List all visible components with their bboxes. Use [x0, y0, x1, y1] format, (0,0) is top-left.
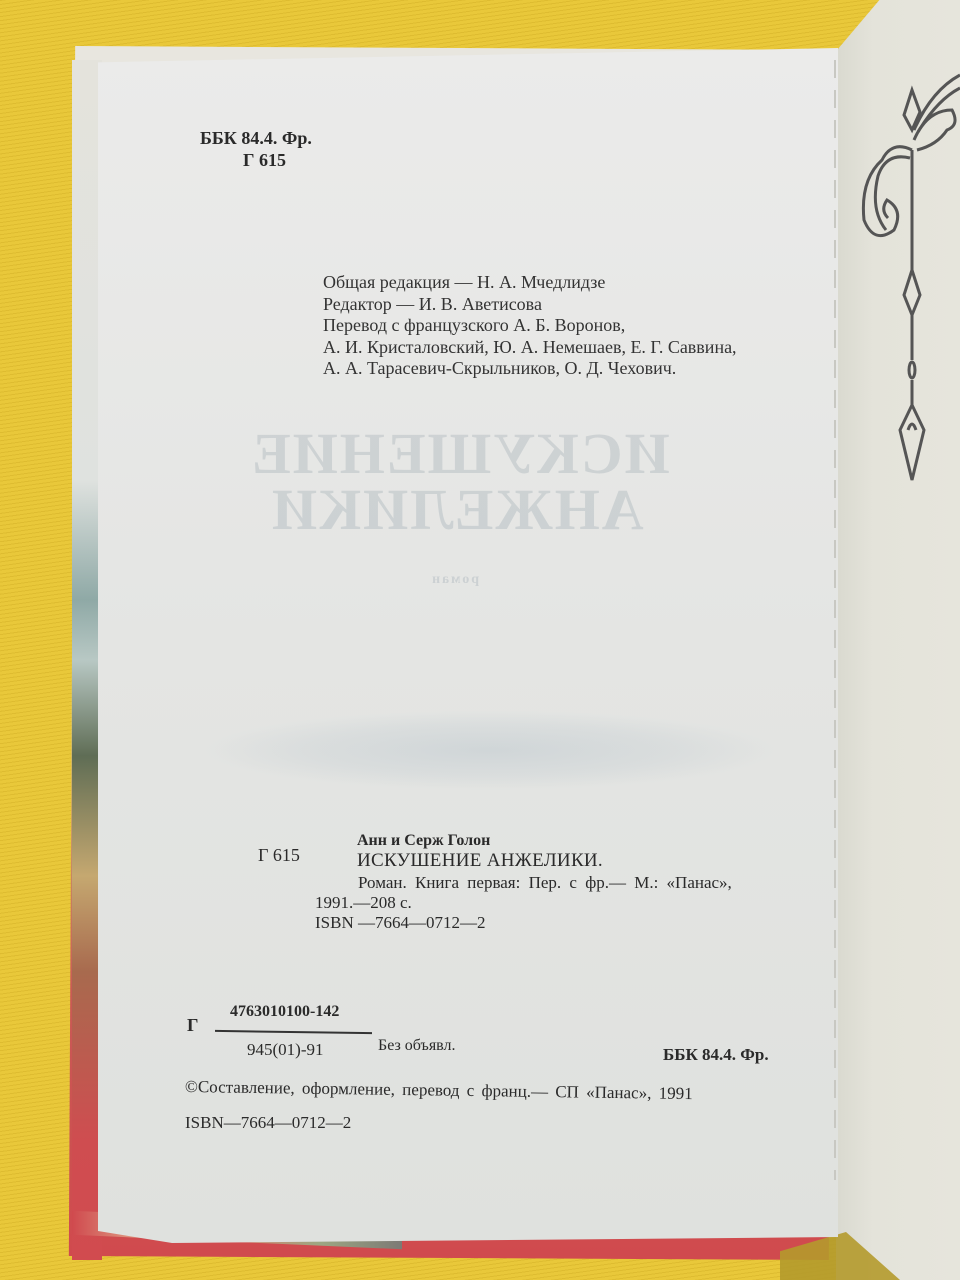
show-through-flourish — [200, 710, 780, 790]
isbn-bottom: ISBN—7664—0712—2 — [185, 1113, 351, 1133]
credit-translators-2: А. И. Кристаловский, Ю. А. Немешаев, Е. … — [323, 337, 737, 359]
index-letter: Г — [187, 1015, 198, 1036]
credit-translators-1: Перевод с французского А. Б. Воронов, — [323, 315, 737, 337]
credit-general-editor: Общая редакция — Н. А. Мчедлидзе — [323, 272, 737, 294]
ornament-icon — [842, 70, 960, 490]
credit-editor: Редактор — И. В. Аветисова — [323, 294, 737, 316]
index-denominator: 945(01)-91 — [247, 1040, 323, 1060]
catalog-card-year-pages: 1991.—208 с. — [315, 893, 412, 913]
show-through-title-2: АНЖЕЛИКИ — [270, 476, 644, 543]
cover-edge — [72, 60, 102, 1260]
catalog-card-title: ИСКУШЕНИЕ АНЖЕЛИКИ. — [357, 850, 603, 872]
catalog-code-top: Г 615 — [243, 150, 286, 171]
no-advertisement-note: Без объявл. — [378, 1037, 456, 1055]
catalog-card-code: Г 615 — [258, 845, 300, 866]
catalog-card-author: Анн и Серж Голон — [357, 832, 490, 850]
catalog-card-isbn: ISBN —7664—0712—2 — [315, 913, 485, 933]
binding-stitch — [834, 60, 836, 1180]
show-through-subtitle: роман — [430, 572, 479, 588]
index-numerator: 4763010100-142 — [230, 1003, 339, 1021]
credits-block: Общая редакция — Н. А. Мчедлидзе Редакто… — [323, 272, 737, 380]
bbk-classification-bottom: ББК 84.4. Фр. — [663, 1045, 769, 1065]
credit-translators-3: А. А. Тарасевич-Скрыльников, О. Д. Чехов… — [323, 358, 737, 380]
bbk-classification-top: ББК 84.4. Фр. — [200, 128, 312, 149]
catalog-card-description: Роман. Книга первая: Пер. с фр.— М.: «Па… — [358, 873, 732, 893]
